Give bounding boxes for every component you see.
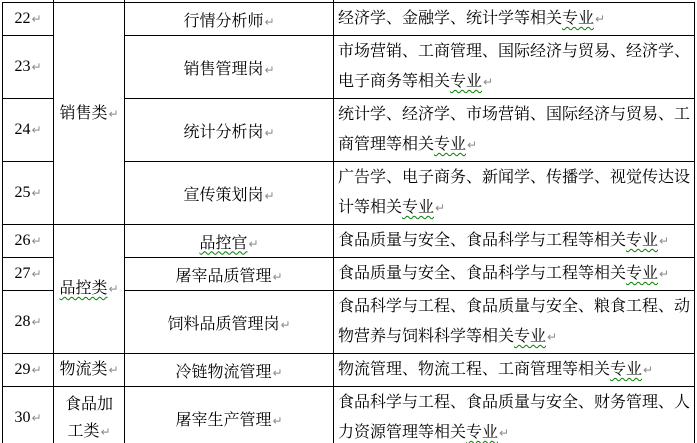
position-cell[interactable]: 冷链物流管理↵ bbox=[125, 354, 334, 387]
row-number: 28 bbox=[14, 313, 30, 330]
grammar-underline: 专业 bbox=[434, 136, 466, 153]
position-cell[interactable]: 品控官↵ bbox=[125, 225, 334, 258]
pilcrow-mark: ↵ bbox=[272, 366, 282, 380]
grammar-underline: 专业 bbox=[562, 10, 594, 27]
pilcrow-mark: ↵ bbox=[108, 282, 118, 296]
pilcrow-mark: ↵ bbox=[264, 189, 274, 203]
position-label: 屠宰生产管理 bbox=[175, 412, 271, 429]
pilcrow-mark: ↵ bbox=[643, 363, 653, 377]
position-label: 统计分析岗 bbox=[183, 124, 263, 141]
position-cell[interactable]: 屠宰生产管理↵ bbox=[125, 387, 334, 443]
row-number-cell[interactable]: 30↵ bbox=[3, 387, 54, 443]
grammar-underline: 专业 bbox=[610, 361, 642, 378]
grammar-underline: 专业 bbox=[514, 328, 546, 345]
majors-cell[interactable]: 食品质量与安全、食品科学与工程等相关专业↵ bbox=[334, 258, 695, 291]
pilcrow-mark: ↵ bbox=[483, 75, 493, 89]
pilcrow-mark: ↵ bbox=[264, 126, 274, 140]
grammar-underline: 专业 bbox=[466, 424, 498, 441]
row-number: 25 bbox=[14, 184, 30, 201]
recruitment-positions-table: 22↵ 销售类↵ 行情分析师↵ 经济学、金融学、统计学等相关专业↵ 23↵ 销售… bbox=[2, 2, 695, 443]
pilcrow-mark: ↵ bbox=[272, 270, 282, 284]
grammar-underline: 专业 bbox=[626, 232, 658, 249]
majors-cell[interactable]: 食品科学与工程、食品质量与安全、粮食工程、动物营养与饲料科学等相关专业↵ bbox=[334, 291, 695, 354]
row-number: 26 bbox=[14, 232, 30, 249]
majors-text: 经济学、金融学、统计学等相关专业 bbox=[338, 10, 594, 27]
majors-text: 广告学、电子商务、新闻学、传播学、视觉传达设计等相关专业 bbox=[338, 169, 690, 216]
table-row: 22↵ 销售类↵ 行情分析师↵ 经济学、金融学、统计学等相关专业↵ bbox=[3, 3, 695, 36]
majors-cell[interactable]: 统计学、经济学、市场营销、国际经济与贸易、工商管理等相关专业↵ bbox=[334, 99, 695, 162]
position-cell[interactable]: 屠宰品质管理↵ bbox=[125, 258, 334, 291]
row-number: 29 bbox=[14, 361, 30, 378]
row-number-cell[interactable]: 29↵ bbox=[3, 354, 54, 387]
pilcrow-mark: ↵ bbox=[264, 63, 274, 77]
pilcrow-mark: ↵ bbox=[435, 201, 445, 215]
table-border-stub bbox=[333, 0, 334, 2]
grammar-underline: 专业 bbox=[402, 199, 434, 216]
position-label: 冷链物流管理 bbox=[175, 364, 271, 381]
category-cell[interactable]: 品控类↵ bbox=[54, 225, 125, 354]
position-label: 宣传策划岗 bbox=[183, 187, 263, 204]
table-row: 26↵ 品控类↵ 品控官↵ 食品质量与安全、食品科学与工程等相关专业↵ bbox=[3, 225, 695, 258]
pilcrow-mark: ↵ bbox=[659, 267, 669, 281]
majors-cell[interactable]: 物流管理、物流工程、工商管理等相关专业↵ bbox=[334, 354, 695, 387]
pilcrow-mark: ↵ bbox=[31, 267, 41, 281]
majors-cell[interactable]: 食品质量与安全、食品科学与工程等相关专业↵ bbox=[334, 225, 695, 258]
pilcrow-mark: ↵ bbox=[280, 318, 290, 332]
majors-cell[interactable]: 广告学、电子商务、新闻学、传播学、视觉传达设计等相关专业↵ bbox=[334, 162, 695, 225]
majors-cell[interactable]: 食品科学与工程、食品质量与安全、财务管理、人力资源管理等相关专业↵ bbox=[334, 387, 695, 443]
category-label: 品控类 bbox=[59, 280, 107, 297]
row-number-cell[interactable]: 24↵ bbox=[3, 99, 54, 162]
row-number-cell[interactable]: 28↵ bbox=[3, 291, 54, 354]
pilcrow-mark: ↵ bbox=[272, 414, 282, 428]
pilcrow-mark: ↵ bbox=[659, 234, 669, 248]
majors-text: 食品质量与安全、食品科学与工程等相关专业 bbox=[338, 232, 658, 249]
majors-text: 食品科学与工程、食品质量与安全、财务管理、人力资源管理等相关专业 bbox=[338, 394, 690, 441]
row-number-cell[interactable]: 22↵ bbox=[3, 3, 54, 36]
position-label: 品控官 bbox=[199, 235, 247, 252]
table-row: 30↵ 食品加工类↵ 屠宰生产管理↵ 食品科学与工程、食品质量与安全、财务管理、… bbox=[3, 387, 695, 443]
pilcrow-mark: ↵ bbox=[264, 15, 274, 29]
category-cell[interactable]: 食品加工类↵ bbox=[54, 387, 125, 443]
row-number: 24 bbox=[14, 121, 30, 138]
pilcrow-mark: ↵ bbox=[31, 234, 41, 248]
category-cell[interactable]: 物流类↵ bbox=[54, 354, 125, 387]
pilcrow-mark: ↵ bbox=[31, 60, 41, 74]
category-label: 销售类 bbox=[59, 105, 107, 122]
pilcrow-mark: ↵ bbox=[31, 363, 41, 377]
position-cell[interactable]: 销售管理岗↵ bbox=[125, 36, 334, 99]
table-border-stub bbox=[53, 0, 54, 2]
grammar-underline: 专业 bbox=[626, 265, 658, 282]
pilcrow-mark: ↵ bbox=[31, 123, 41, 137]
pilcrow-mark: ↵ bbox=[100, 425, 110, 439]
position-label: 行情分析师 bbox=[183, 13, 263, 30]
row-number: 23 bbox=[14, 58, 30, 75]
pilcrow-mark: ↵ bbox=[595, 12, 605, 26]
position-label: 屠宰品质管理 bbox=[175, 268, 271, 285]
pilcrow-mark: ↵ bbox=[467, 138, 477, 152]
position-label: 饲料品质管理岗 bbox=[167, 316, 279, 333]
majors-text: 食品质量与安全、食品科学与工程等相关专业 bbox=[338, 265, 658, 282]
pilcrow-mark: ↵ bbox=[499, 426, 509, 440]
position-label: 销售管理岗 bbox=[183, 61, 263, 78]
row-number-cell[interactable]: 27↵ bbox=[3, 258, 54, 291]
majors-text: 物流管理、物流工程、工商管理等相关专业 bbox=[338, 361, 642, 378]
pilcrow-mark: ↵ bbox=[31, 12, 41, 26]
majors-text: 食品科学与工程、食品质量与安全、粮食工程、动物营养与饲料科学等相关专业 bbox=[338, 298, 690, 345]
pilcrow-mark: ↵ bbox=[108, 363, 118, 377]
pilcrow-mark: ↵ bbox=[31, 315, 41, 329]
majors-cell[interactable]: 市场营销、工商管理、国际经济与贸易、经济学、电子商务等相关专业↵ bbox=[334, 36, 695, 99]
row-number: 27 bbox=[14, 265, 30, 282]
position-cell[interactable]: 饲料品质管理岗↵ bbox=[125, 291, 334, 354]
pilcrow-mark: ↵ bbox=[31, 186, 41, 200]
majors-text: 统计学、经济学、市场营销、国际经济与贸易、工商管理等相关专业 bbox=[338, 106, 690, 153]
category-label: 物流类 bbox=[59, 361, 107, 378]
table-row: 29↵ 物流类↵ 冷链物流管理↵ 物流管理、物流工程、工商管理等相关专业↵ bbox=[3, 354, 695, 387]
position-cell[interactable]: 宣传策划岗↵ bbox=[125, 162, 334, 225]
row-number: 22 bbox=[14, 10, 30, 27]
row-number-cell[interactable]: 23↵ bbox=[3, 36, 54, 99]
category-cell[interactable]: 销售类↵ bbox=[54, 3, 125, 225]
row-number: 30 bbox=[14, 409, 30, 426]
majors-cell[interactable]: 经济学、金融学、统计学等相关专业↵ bbox=[334, 3, 695, 36]
grammar-underline: 专业 bbox=[450, 73, 482, 90]
document-page: 22↵ 销售类↵ 行情分析师↵ 经济学、金融学、统计学等相关专业↵ 23↵ 销售… bbox=[0, 0, 697, 443]
majors-text: 市场营销、工商管理、国际经济与贸易、经济学、电子商务等相关专业 bbox=[338, 43, 690, 90]
pilcrow-mark: ↵ bbox=[248, 237, 258, 251]
pilcrow-mark: ↵ bbox=[31, 411, 41, 425]
pilcrow-mark: ↵ bbox=[108, 107, 118, 121]
pilcrow-mark: ↵ bbox=[547, 330, 557, 344]
table-border-stub bbox=[124, 0, 125, 2]
position-cell[interactable]: 行情分析师↵ bbox=[125, 3, 334, 36]
row-number-cell[interactable]: 26↵ bbox=[3, 225, 54, 258]
position-cell[interactable]: 统计分析岗↵ bbox=[125, 99, 334, 162]
row-number-cell[interactable]: 25↵ bbox=[3, 162, 54, 225]
